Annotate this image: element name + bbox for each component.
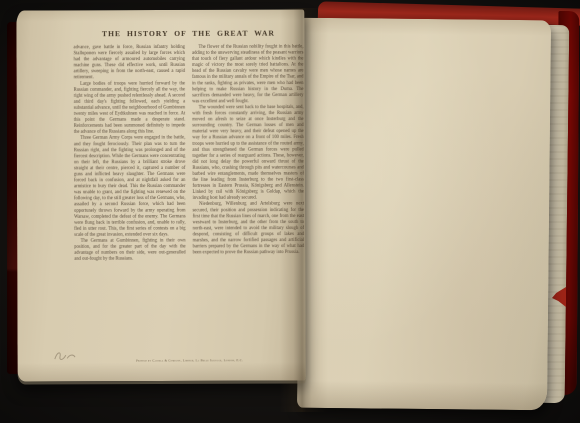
text-column-right: The flower of the Russian nobility fough… [192, 44, 304, 262]
text-column-left: advance, gave battle in force, Russian i… [73, 44, 185, 262]
printer-imprint: Printed by Cassell & Company, Limited, L… [75, 358, 305, 369]
paragraph: The flower of the Russian nobility fough… [192, 44, 304, 105]
paragraph: Large bodies of troops were hurried forw… [74, 80, 186, 135]
left-page: THE HISTORY OF THE GREAT WAR advance, ga… [16, 9, 305, 381]
photo-of-open-book: THE HISTORY OF THE GREAT WAR advance, ga… [0, 0, 580, 423]
page-header-title: THE HISTORY OF THE GREAT WAR [73, 29, 303, 39]
paragraph: Niedenburg, Willenburg and Artelsburg we… [193, 201, 305, 256]
text-block: advance, gave battle in force, Russian i… [73, 44, 304, 357]
paragraph: Three German Army Corps were engaged in … [74, 135, 186, 238]
blank-right-page [297, 18, 551, 411]
two-column-body: advance, gave battle in force, Russian i… [73, 44, 304, 262]
pencil-mark [52, 347, 78, 364]
printer-imprint-text: Printed by Cassell & Company, Limited, L… [75, 358, 305, 362]
paragraph: The Germans at Gumbinnen, fighting in th… [74, 237, 186, 262]
paragraph: The wounded were sent back to the base h… [192, 104, 304, 201]
paragraph: advance, gave battle in force, Russian i… [73, 44, 185, 81]
